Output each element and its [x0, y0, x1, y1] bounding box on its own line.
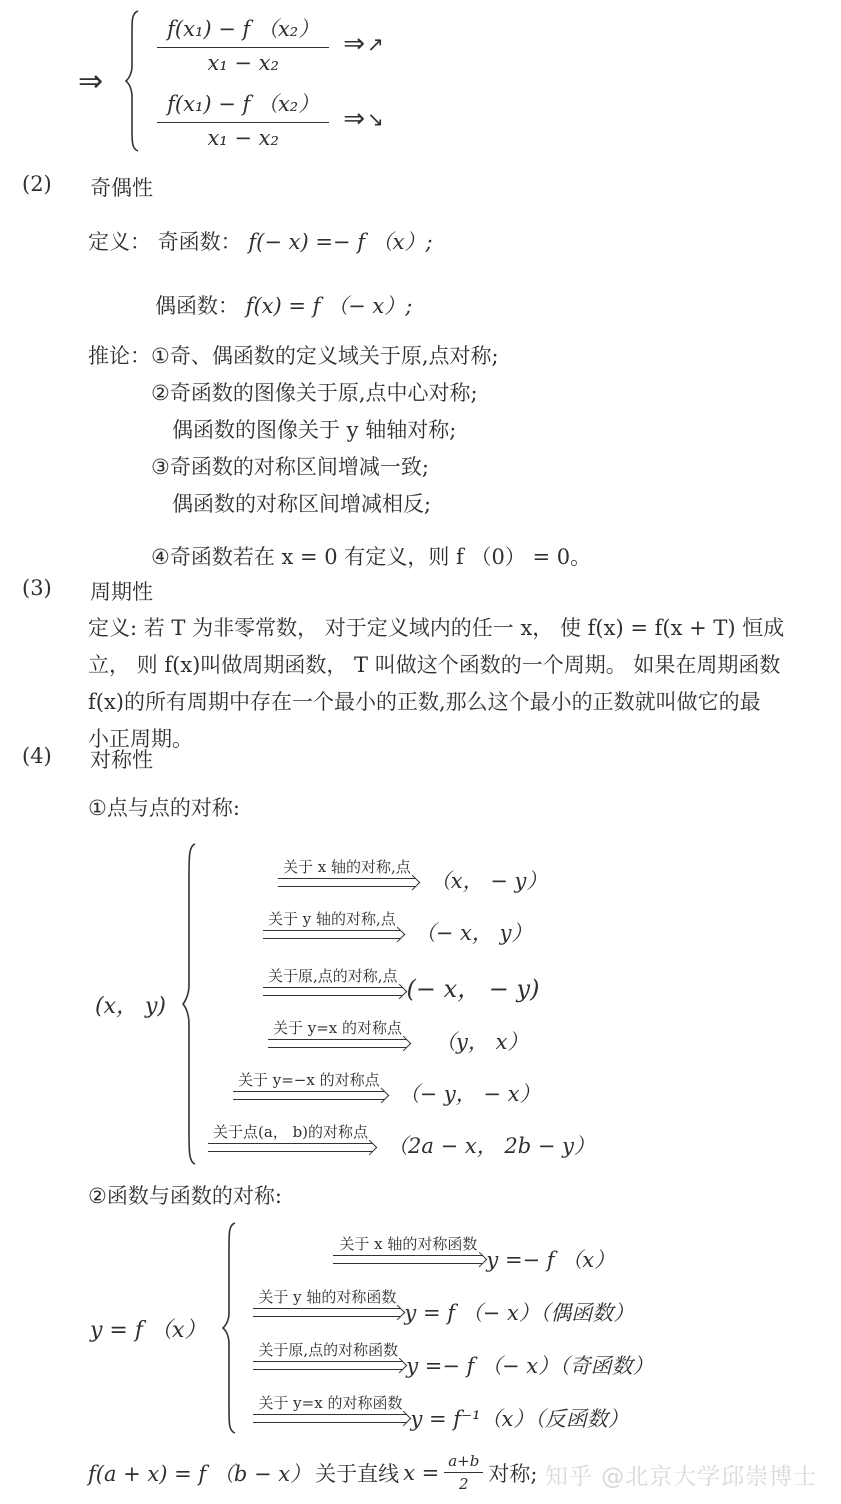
- monotonicity-cases-block: ⇒ f(x₁) − f （x₂） x₁ − x₂ ⇒ ↗ f(x₁) − f （…: [78, 10, 384, 152]
- arrow-result: （y， x）: [435, 1026, 528, 1056]
- formula-left: f(a + x) = f （b − x）: [88, 1458, 311, 1488]
- arrow-label: 关于原,点的对称函数: [253, 1340, 403, 1360]
- arrow-label: 关于 x 轴的对称函数: [333, 1234, 483, 1254]
- section-number: (4): [22, 744, 90, 774]
- labeled-arrow: 关于原,点的对称函数: [253, 1340, 403, 1370]
- section-periodicity-heading: (3) 周期性: [22, 576, 153, 606]
- arrow-result: （− x， y）: [415, 917, 533, 947]
- arrow-result: y =− f （− x）（奇函数）: [406, 1350, 653, 1380]
- implies-icon: ⇒: [343, 104, 365, 134]
- section-number: (2): [22, 172, 90, 202]
- fraction-numerator: f(x₁) − f （x₂）: [157, 12, 329, 48]
- symmetry-row: 关于 x 轴的对称函数 y =− f （x）: [333, 1234, 615, 1264]
- corollary-label: 推论：: [88, 338, 151, 576]
- double-arrow-icon: [333, 1255, 483, 1264]
- definition-line: f(x)的所有周期中存在一个最小的正数,那么这个最小的正数就叫做它的最: [88, 684, 784, 721]
- odd-function-formula: f(− x) =− f （x）;: [248, 230, 432, 254]
- arrow-result: y = f （− x）（偶函数）: [404, 1297, 634, 1327]
- labeled-arrow: 关于 y=x 的对称点: [268, 1018, 407, 1048]
- watermark: 知乎 @北京大学邱崇博士: [545, 1458, 817, 1491]
- symmetry-row: 关于点(a， b)的对称点 （2a − x， 2b − y）: [208, 1122, 595, 1152]
- math-notes-page: ⇒ f(x₁) − f （x₂） x₁ − x₂ ⇒ ↗ f(x₁) − f （…: [0, 0, 841, 1504]
- section-parity-heading: (2) 奇偶性: [22, 172, 153, 202]
- arrow-result: （2a − x， 2b − y）: [387, 1130, 595, 1160]
- symmetry-row: 关于 y 轴的对称函数 y = f （− x）（偶函数）: [253, 1287, 634, 1317]
- brace-icon: [218, 1222, 238, 1434]
- labeled-arrow: 关于原,点的对称,点: [263, 966, 403, 996]
- fraction-numerator: a+b: [444, 1452, 483, 1473]
- double-arrow-icon: [233, 1091, 385, 1100]
- fraction-numerator: f(x₁) − f （x₂）: [157, 87, 329, 123]
- arrow-label: 关于 y=x 的对称函数: [253, 1393, 407, 1413]
- arrow-label: 关于原,点的对称,点: [263, 966, 403, 986]
- point-symmetry-diagram: (x， y) 关于 x 轴的对称,点 （x， − y） 关于 y 轴的对称,点 …: [95, 843, 595, 1165]
- double-arrow-icon: [253, 1308, 401, 1317]
- even-function-label: 偶函数：: [155, 294, 239, 318]
- statement-text: 关于直线: [315, 1458, 399, 1488]
- fraction-denominator: x₁ − x₂: [207, 123, 278, 150]
- arrow-result: （x， − y）: [430, 865, 548, 895]
- difference-quotient-fraction: f(x₁) − f （x₂） x₁ − x₂: [157, 12, 329, 75]
- double-arrow-icon: [208, 1143, 373, 1152]
- arrow-label: 关于 y 轴的对称函数: [253, 1287, 401, 1307]
- arrow-label: 关于点(a， b)的对称点: [208, 1122, 373, 1142]
- arrow-label: 关于 y=x 的对称点: [268, 1018, 407, 1038]
- arrow-result: y =− f （x）: [486, 1244, 615, 1274]
- brace-icon: [121, 10, 141, 152]
- implies-icon: ⇒: [78, 64, 103, 99]
- symmetry-row: 关于 y=−x 的对称点 （− y， − x）: [233, 1070, 541, 1100]
- corollary-line: ④奇函数若在 x = 0 有定义，则 f （0） = 0。: [151, 539, 591, 576]
- symmetry-row: 关于原,点的对称函数 y =− f （− x）（奇函数）: [253, 1340, 653, 1370]
- symmetry-row: 关于 x 轴的对称,点 （x， − y）: [278, 857, 547, 887]
- fraction-denominator: x₁ − x₂: [207, 48, 278, 75]
- section-title: 对称性: [90, 744, 153, 774]
- arrow-result: y = f⁻¹（x）（反函数）: [410, 1403, 628, 1433]
- odd-function-label: 奇函数：: [158, 230, 242, 254]
- corollary-line: ②奇函数的图像关于原,点中心对称;: [151, 375, 591, 412]
- case-increasing: f(x₁) − f （x₂） x₁ − x₂ ⇒ ↗: [157, 12, 384, 75]
- arrow-label: 关于 y 轴的对称,点: [263, 909, 401, 929]
- double-arrow-icon: [268, 1039, 407, 1048]
- corollary-line: 偶函数的对称区间增减相反;: [151, 486, 591, 523]
- arrow-label: 关于 y=−x 的对称点: [233, 1070, 385, 1090]
- corollary-line: 偶函数的图像关于 y 轴轴对称;: [151, 412, 591, 449]
- source-point: (x， y): [95, 989, 166, 1020]
- definition-label: 定义：: [88, 230, 151, 254]
- function-symmetry-subtitle: ②函数与函数的对称:: [88, 1178, 282, 1215]
- symmetry-row: 关于 y=x 的对称点 （y， x）: [268, 1018, 528, 1048]
- fraction-denominator: 2: [459, 1473, 469, 1493]
- double-arrow-icon: [263, 930, 401, 939]
- labeled-arrow: 关于点(a， b)的对称点: [208, 1122, 373, 1152]
- definition-line: 小正周期。: [88, 721, 784, 758]
- even-function-formula: f(x) = f （− x）;: [246, 294, 413, 318]
- axis-fraction: a+b 2: [444, 1452, 483, 1493]
- odd-function-definition: 定义： 奇函数： f(− x) =− f （x）;: [88, 224, 433, 261]
- section-title: 周期性: [90, 576, 153, 606]
- arrow-label: 关于 x 轴的对称,点: [278, 857, 416, 877]
- labeled-arrow: 关于 y=x 的对称函数: [253, 1393, 407, 1423]
- arrow-result: （− y， − x）: [399, 1078, 541, 1108]
- symmetry-row: 关于 y=x 的对称函数 y = f⁻¹（x）（反函数）: [253, 1393, 628, 1423]
- difference-quotient-fraction: f(x₁) − f （x₂） x₁ − x₂: [157, 87, 329, 150]
- corollary-line: ①奇、偶函数的定义域关于原,点对称;: [151, 338, 591, 375]
- symmetry-row: 关于 y 轴的对称,点 （− x， y）: [263, 909, 532, 939]
- axis-symmetry-statement: f(a + x) = f （b − x） 关于直线 x = a+b 2 对称;: [88, 1452, 537, 1493]
- section-title: 奇偶性: [90, 172, 153, 202]
- double-arrow-icon: [278, 878, 416, 887]
- labeled-arrow: 关于 y 轴的对称,点: [263, 909, 401, 939]
- even-function-definition: 偶函数： f(x) = f （− x）;: [155, 288, 412, 325]
- implies-icon: ⇒: [343, 29, 365, 59]
- definition-line: 立， 则 f(x)叫做周期函数， T 叫做这个函数的一个周期。 如果在周期函数: [88, 647, 784, 684]
- labeled-arrow: 关于 x 轴的对称函数: [333, 1234, 483, 1264]
- case-decreasing: f(x₁) − f （x₂） x₁ − x₂ ⇒ ↘: [157, 87, 384, 150]
- double-arrow-icon: [253, 1414, 407, 1423]
- labeled-arrow: 关于 x 轴的对称,点: [278, 857, 416, 887]
- corollary-line: ③奇函数的对称区间增减一致;: [151, 449, 591, 486]
- down-trend-icon: ↘: [367, 107, 384, 131]
- corollaries-block: 推论： ①奇、偶函数的定义域关于原,点对称; ②奇函数的图像关于原,点中心对称;…: [88, 338, 591, 576]
- section-symmetry-heading: (4) 对称性: [22, 744, 153, 774]
- point-symmetry-subtitle: ①点与点的对称:: [88, 790, 240, 827]
- section-number: (3): [22, 576, 90, 606]
- source-function: y = f （x）: [90, 1313, 206, 1344]
- periodicity-definition: 定义: 若 T 为非零常数， 对于定义域内的任一 x， 使 f(x) = f(x…: [88, 610, 784, 758]
- definition-line: 定义: 若 T 为非零常数， 对于定义域内的任一 x， 使 f(x) = f(x…: [88, 610, 784, 647]
- labeled-arrow: 关于 y 轴的对称函数: [253, 1287, 401, 1317]
- statement-text: 对称;: [488, 1458, 537, 1488]
- double-arrow-icon: [253, 1361, 403, 1370]
- double-arrow-icon: [263, 987, 403, 996]
- formula-x-equals: x =: [403, 1461, 439, 1485]
- up-trend-icon: ↗: [367, 32, 384, 56]
- symmetry-row: 关于原,点的对称,点 (− x， − y): [263, 961, 539, 996]
- labeled-arrow: 关于 y=−x 的对称点: [233, 1070, 385, 1100]
- function-symmetry-diagram: y = f （x） 关于 x 轴的对称函数 y =− f （x） 关于 y 轴的…: [90, 1222, 654, 1434]
- arrow-result: (− x， − y): [407, 969, 540, 1004]
- brace-icon: [178, 843, 198, 1165]
